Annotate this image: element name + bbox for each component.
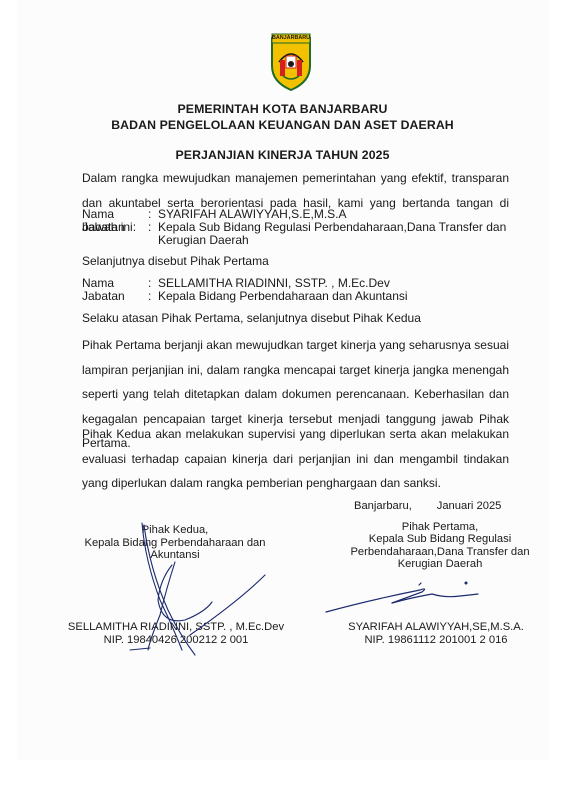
handwritten-signature-right bbox=[0, 0, 565, 797]
